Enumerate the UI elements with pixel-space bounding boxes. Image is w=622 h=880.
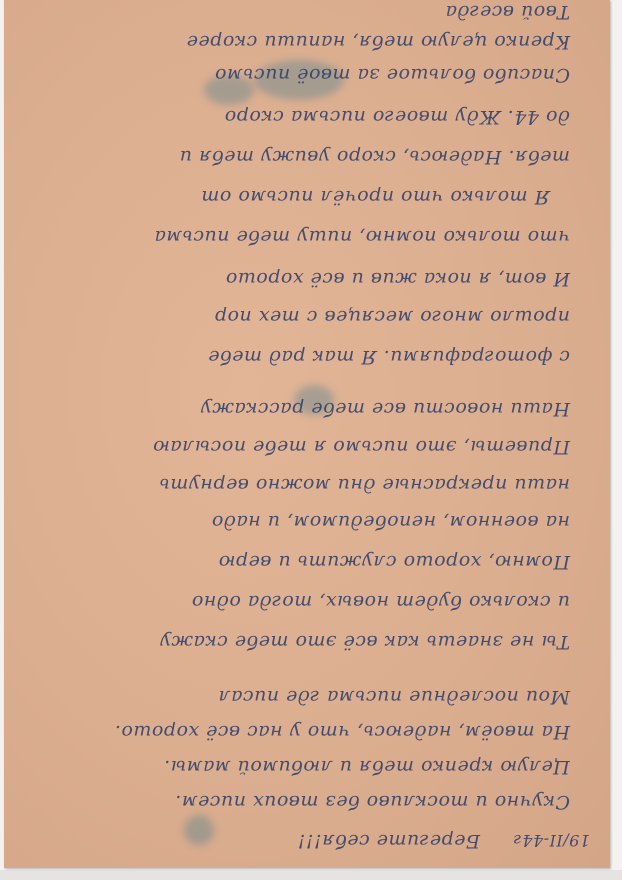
letter-line: прошло много месяцев с тех пор	[214, 306, 570, 328]
scan-margin	[0, 870, 622, 880]
handwritten-text: 19/II-44г Берегите себя!!! Скучно и тоск…	[4, 0, 610, 868]
letter-line: на военном, непобедимом, и надо	[211, 511, 570, 533]
letter-line: и сколько будет новых, тогда одно	[191, 591, 570, 613]
letter-line: Скучно и тоскливо без твоих писем.	[175, 791, 570, 813]
letter-line: Приветы, это письмо я тебе посылаю	[153, 436, 570, 458]
letter-line: наши прекрасные дни можно вернуть	[159, 474, 570, 496]
letter-line: с фотографиями. Я так рад тебе	[208, 346, 570, 368]
letter-page: 19/II-44г Берегите себя!!! Скучно и тоск…	[4, 0, 610, 868]
letter-line: Наши новости все тебе расскажу	[200, 398, 570, 420]
letter-line: до 44. Жду твоего письма скоро	[224, 106, 570, 128]
letter-line: Ты не знаешь как всё это тебе скажу	[159, 631, 570, 653]
letter-line: что только помню, пишу тебе письма	[154, 226, 570, 248]
letter-line: И вот, я пока жив и всё хорошо	[225, 268, 570, 290]
letter-line: тебя. Надеюсь, скоро увижу тебя и	[179, 146, 570, 168]
letter-line: Помню, хорошо служить и верю	[218, 551, 570, 573]
letter-line: Крепко целую тебя, напиши скорее	[186, 31, 570, 53]
letter-signature: Берегите себя!!!	[297, 830, 480, 852]
letter-line: Спасибо большое за твоё письмо	[215, 64, 570, 86]
letter-line: Целую крепко тебя и любимой мамы.	[164, 756, 570, 778]
letter-date: 19/II-44г	[513, 831, 590, 850]
letter-line: На твоём, надеюсь, что у нас всё хорошо.	[114, 721, 570, 743]
letter-line: Я только что прочёл письмо от	[201, 186, 550, 208]
letter-line: Мои последние письма где писал	[218, 686, 570, 708]
letter-line: Твой всегда	[445, 1, 570, 23]
